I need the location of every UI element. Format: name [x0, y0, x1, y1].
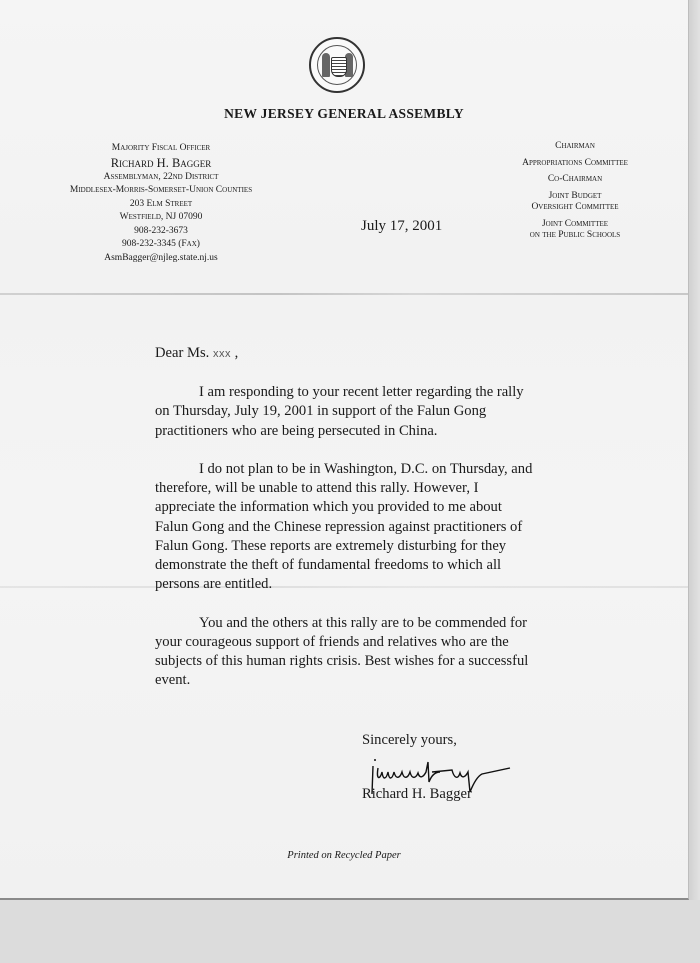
sender-info: Majority Fiscal Officer Richard H. Bagge…: [24, 142, 298, 265]
closing: Sincerely yours,: [362, 731, 457, 750]
sender-city: Westfield, NJ 07090: [24, 211, 298, 225]
paragraph-3: You and the others at this rally are to …: [155, 614, 535, 691]
committee-appropriations: Appropriations Committee: [490, 158, 660, 170]
role-chairman: Chairman: [490, 141, 660, 153]
letter-body: Dear Ms. xxx , I am responding to your r…: [155, 344, 535, 710]
letter-date: July 17, 2001: [361, 218, 442, 235]
committee-info: Chairman Appropriations Committee Co-Cha…: [490, 141, 660, 242]
sender-email[interactable]: AsmBagger@njleg.state.nj.us: [24, 252, 298, 266]
page-shadow: [688, 0, 700, 900]
nj-state-seal-icon: [309, 37, 365, 93]
role-co-chairman: Co-Chairman: [490, 174, 660, 186]
sender-title: Majority Fiscal Officer: [24, 142, 298, 156]
paragraph-1: I am responding to your recent letter re…: [155, 383, 535, 441]
sender-phone: 908-232-3673: [24, 225, 298, 239]
sender-fax: 908-232-3345 (Fax): [24, 238, 298, 252]
salutation: Dear Ms. xxx ,: [155, 344, 535, 364]
sender-name: Richard H. Bagger: [24, 156, 298, 171]
recipient-name: xxx: [213, 348, 231, 360]
sender-counties: Middlesex-Morris-Somerset-Union Counties: [24, 184, 298, 198]
committee-budget-line2: Oversight Committee: [490, 202, 660, 214]
signer-name: Richard H. Bagger: [362, 786, 472, 803]
committee-schools-line1: Joint Committee: [490, 219, 660, 231]
fold-crease: [0, 293, 688, 295]
committee-budget-line1: Joint Budget: [490, 191, 660, 203]
paragraph-2: I do not plan to be in Washington, D.C. …: [155, 460, 535, 594]
letter-page: NEW JERSEY GENERAL ASSEMBLY Majority Fis…: [0, 0, 689, 900]
organization-name: NEW JERSEY GENERAL ASSEMBLY: [0, 106, 688, 122]
recycled-paper-note: Printed on Recycled Paper: [0, 850, 688, 861]
salutation-prefix: Dear Ms.: [155, 345, 209, 361]
salutation-suffix: ,: [231, 345, 238, 361]
sender-position: Assemblyman, 22nd District: [24, 171, 298, 185]
committee-schools-line2: on the Public Schools: [490, 230, 660, 242]
sender-street: 203 Elm Street: [24, 198, 298, 212]
